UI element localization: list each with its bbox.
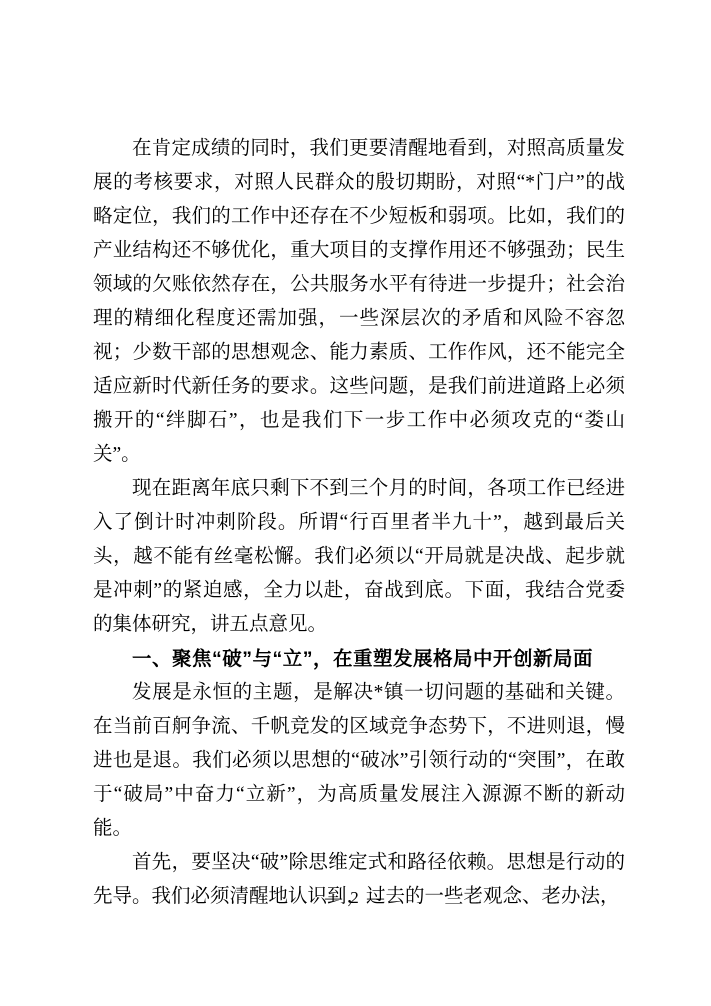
section-heading: 一、聚焦“破”与“立”，在重塑发展格局中开创新局面	[93, 642, 625, 676]
paragraph-2: 现在距离年底只剩下不到三个月的时间，各项工作已经进入了倒计时冲刺阶段。所谓“行百…	[93, 472, 625, 642]
document-body: 在肯定成绩的同时，我们更要清醒地看到，对照高质量发展的考核要求，对照人民群众的殷…	[93, 132, 625, 914]
paragraph-1: 在肯定成绩的同时，我们更要清醒地看到，对照高质量发展的考核要求，对照人民群众的殷…	[93, 132, 625, 472]
document-page: 在肯定成绩的同时，我们更要清醒地看到，对照高质量发展的考核要求，对照人民群众的殷…	[0, 0, 711, 1006]
page-number: — 2 —	[325, 888, 386, 907]
paragraph-3: 发展是永恒的主题，是解决*镇一切问题的基础和关键。在当前百舸争流、千帆竞发的区域…	[93, 676, 625, 846]
page-footer: — 2 —	[0, 886, 711, 910]
